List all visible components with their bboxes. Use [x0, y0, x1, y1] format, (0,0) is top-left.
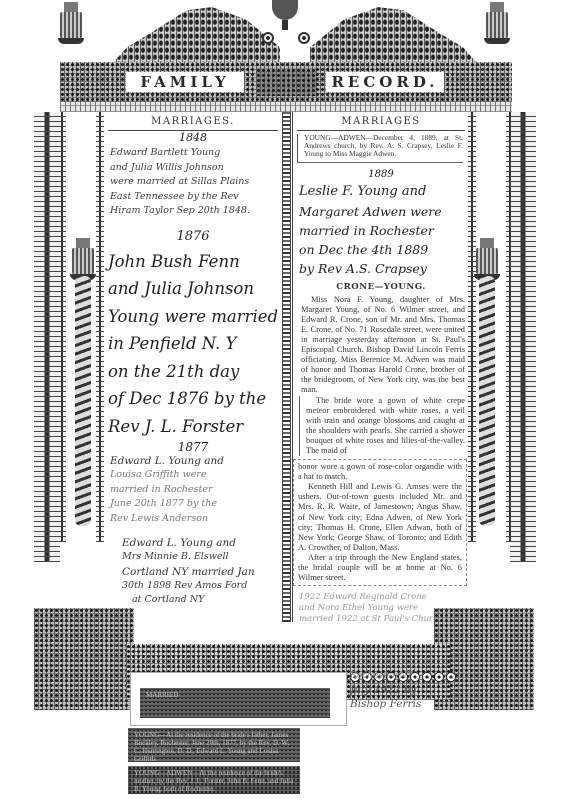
clipping-headline: CRONE—YOUNG. [293, 282, 469, 292]
dark-clipping-young-adwen: YOUNG—ADWEN—At the residence of the brid… [128, 766, 300, 794]
rosette-ornament-top [262, 32, 310, 46]
clipping-continuation: honor wore a gown of rose-color organdie… [293, 459, 467, 586]
title-family: FAMILY [126, 72, 244, 92]
urn-ornament-top [268, 0, 302, 32]
ornamental-arch-left [110, 4, 280, 66]
marriages-left-panel: MARRIAGES. 1848 Edward Bartlett Young an… [104, 112, 283, 622]
column-finial-left [72, 238, 94, 280]
marriages-right-panel: MARRIAGES YOUNG—ADWEN—December 4, 1889, … [290, 112, 469, 622]
marriage-entry-1877: Edward L. Young and Louisa Griffith were… [104, 454, 282, 526]
marriage-entry-1898: Edward L. Young and Mrs Minnie B. Elswel… [104, 536, 282, 608]
dark-clipping-married: MARRIED [140, 688, 330, 718]
entry-year: 1848 [104, 131, 282, 144]
marriage-entry-1848: Edward Bartlett Young and Julia Willis J… [104, 146, 282, 219]
clipping-paragraph: Miss Nora F. Young, daughter of Mrs. Mar… [301, 295, 465, 396]
entry-year: 1877 [104, 440, 282, 454]
finial-ornament-top-right [486, 2, 508, 44]
column-finial-right [476, 238, 498, 280]
marriage-entry-1889: Leslie F. Young and Margaret Adwen were … [293, 182, 469, 278]
title-band: FAMILY RECORD. [60, 62, 512, 102]
twisted-column-left [75, 276, 91, 526]
marriages-heading-left: MARRIAGES. [104, 112, 282, 127]
clipping-paragraph: The bride wore a gown of white crepe met… [299, 396, 465, 457]
dark-clipping-young-1877: YOUNG—At the residence of the bride's fa… [128, 728, 300, 762]
marriages-heading-right: MARRIAGES [293, 112, 469, 127]
left-outer-border [34, 112, 60, 562]
twisted-column-right [479, 276, 495, 526]
frame-top-strip [60, 102, 512, 112]
finial-ornament-top-left [60, 2, 82, 44]
title-record: RECORD. [326, 72, 444, 92]
entry-year: 1889 [293, 169, 469, 180]
ornamental-arch-right [310, 4, 480, 66]
entry-year: 1876 [104, 229, 282, 244]
center-divider [282, 112, 290, 622]
marriage-entry-1876: John Bush Fenn and Julia Johnson Young w… [104, 248, 282, 441]
handwritten-note-bishop: Rochester NY July 1922 by Bishop Ferris [350, 670, 421, 711]
title-center-ornament [256, 68, 316, 96]
bottom-left-ornament [34, 608, 134, 710]
clipping-young-adwen: YOUNG—ADWEN—December 4, 1889, at St. And… [297, 134, 463, 163]
